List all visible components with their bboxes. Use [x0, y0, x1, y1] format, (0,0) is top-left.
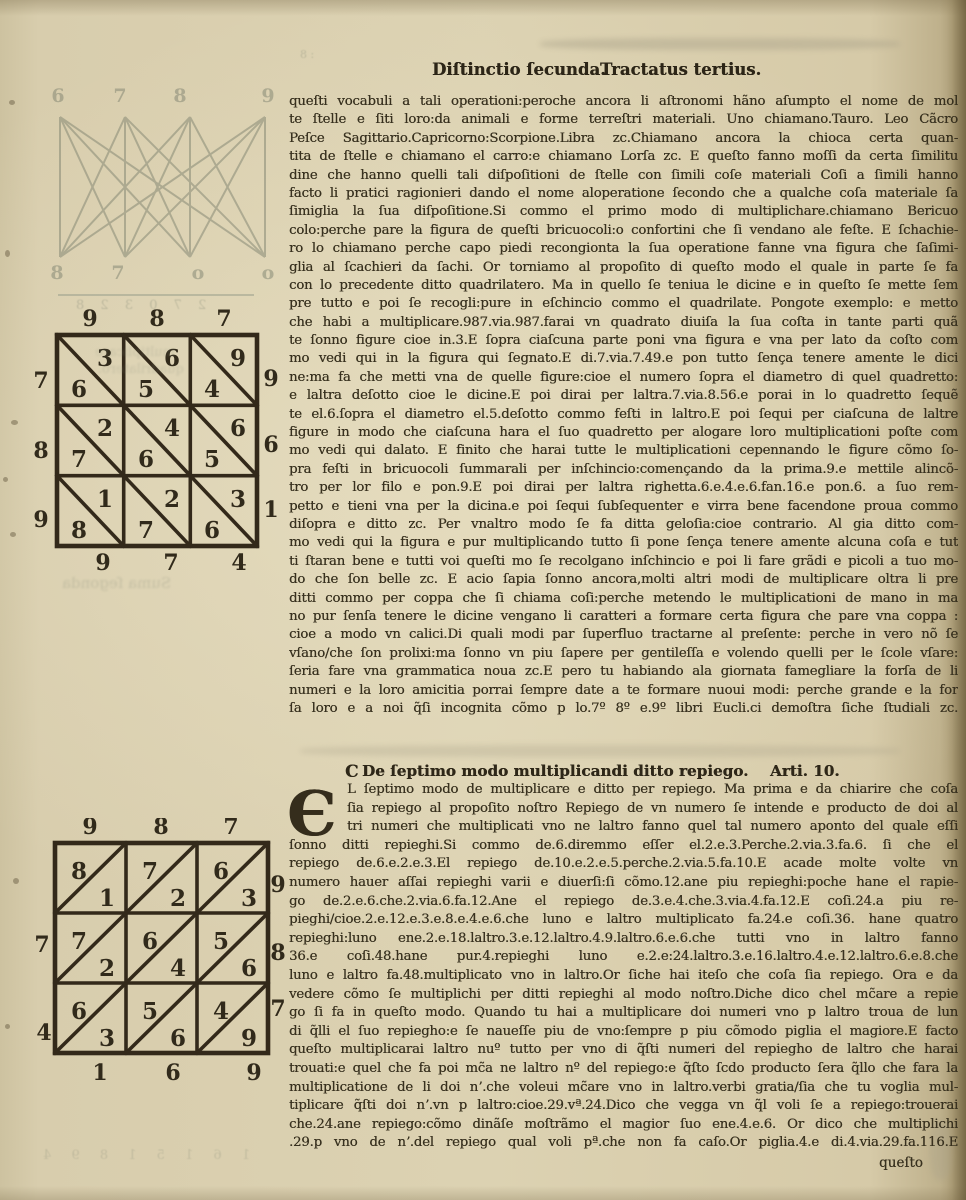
svg-text:6: 6 [170, 1025, 186, 1052]
ink-speck [3, 477, 8, 482]
bleed-words-below: Suma ſegonda [62, 574, 171, 592]
svg-text:9: 9 [270, 872, 285, 898]
svg-text:8: 8 [33, 438, 48, 464]
svg-text:4: 4 [36, 1020, 51, 1046]
text-line: tiplicare q̃ſti doi nʼ.vn p laltro:cioe.… [289, 1097, 958, 1116]
svg-text:6: 6 [71, 376, 87, 403]
text-line: ro lo chiamano perche capo piedi recongi… [289, 240, 958, 258]
text-line: 36.e coſi.48.hane pur.4.repieghi luno e.… [289, 948, 958, 967]
text-line: ne:ma fa che metti vna de quelle figure:… [289, 369, 958, 387]
text-line: facto li pratici ragionieri dando el nom… [289, 185, 958, 203]
lattice-grid-bottom: 81 72 63 72 64 56 63 56 49 987 74 987 16… [28, 818, 290, 1090]
svg-text:8: 8 [71, 858, 87, 885]
bleed-rule [58, 294, 254, 296]
text-line: queſti vocabuli a tali operationi:peroch… [289, 93, 958, 111]
svg-text:7: 7 [33, 368, 48, 394]
text-line: cioe a modo vn calici.Di quali modi par … [289, 626, 958, 644]
svg-text:2: 2 [99, 955, 115, 982]
bleed-digits: 1 6 1 5 1 8 9 4 [35, 1148, 250, 1163]
header-tractatus: Tractatus tertius. [600, 60, 761, 79]
text-line: ſimiglia la ſua diſpoſitione.Si commo el… [289, 203, 958, 221]
text-line: te ſonno figure cioe in.3.E ſopra ciaſcu… [289, 332, 958, 350]
text-line: repiego de.6.e.2.e.3.El repiego de.10.e.… [289, 855, 958, 874]
text-line: petto e tieni vna per la dicina.e poi ſe… [289, 498, 958, 516]
ink-speck [5, 1024, 10, 1029]
svg-text:2: 2 [97, 415, 113, 442]
svg-text:6: 6 [165, 1060, 180, 1086]
svg-text:2: 2 [164, 486, 180, 513]
text-line: ti ſtaran bene e tutti voi queſti mo ſe … [289, 553, 958, 571]
svg-text:o: o [262, 262, 275, 284]
bleed-word: quadrilatero. [98, 362, 184, 377]
ink-speck [10, 532, 16, 537]
text-line: ditti commo per coppa che ſi chiama coſi… [289, 590, 958, 608]
ink-speck [9, 100, 15, 105]
ink-speck [11, 420, 18, 425]
svg-text:7: 7 [111, 262, 124, 284]
svg-text:5: 5 [138, 376, 154, 403]
page-edge-top [0, 0, 966, 16]
svg-text:4: 4 [170, 955, 186, 982]
svg-text:7: 7 [138, 517, 154, 544]
svg-text:7: 7 [270, 996, 285, 1022]
svg-text:2: 2 [170, 885, 186, 912]
text-line: .29.p vno de nʼ.del repiego qual voli pª… [289, 1134, 958, 1153]
text-line: pre tutto e poi ſe recogli:pure in eſchi… [289, 295, 958, 313]
svg-text:4: 4 [231, 550, 246, 574]
bleed-corner-mark: 8 : [300, 48, 314, 61]
svg-text:6: 6 [71, 998, 87, 1025]
svg-text:7: 7 [34, 932, 49, 958]
text-line: trouati:e quel che fa poi mc̃a ne laltro… [289, 1060, 958, 1079]
text-line: mo vedi qui dalato. E finito che harai t… [289, 442, 958, 460]
text-line: e laltra deſotto cioe le dicine.E poi di… [289, 387, 958, 405]
svg-text:6: 6 [204, 517, 220, 544]
text-line: ſonno ditti repieghi.Si commo de.6.direm… [289, 837, 958, 856]
svg-text:9: 9 [263, 366, 278, 392]
svg-text:9: 9 [230, 345, 246, 372]
text-line: te el.6.ſopra el diametro el.5.deſotto c… [289, 406, 958, 424]
text-line: ſeria fare vna grammatica noua zc.E pero… [289, 663, 958, 681]
svg-text:1: 1 [99, 885, 115, 912]
svg-text:7: 7 [71, 446, 87, 473]
running-header: Diſtinctio ſecunda. Tractatus tertius. [0, 60, 966, 82]
text-line: tita de ſtelle e chiamano el carro:e chi… [289, 148, 958, 166]
ink-speck [5, 250, 10, 257]
text-line: ſa loro e a noi q̃ſi incognita cõmo p lo… [289, 700, 958, 718]
cross-multiplication-diagram: 6 7 8 9 8 7 o o [40, 85, 295, 300]
text-line: colo:perche pare la figura de queſti bri… [289, 222, 958, 240]
text-line: go ſi fa in queſto modo. Quando tu hai a… [289, 1004, 958, 1023]
text-line: no pur ſenſa tenere le dicine vengano li… [289, 608, 958, 626]
svg-text:9: 9 [82, 308, 97, 332]
book-page: Diſtinctio ſecunda. Tractatus tertius. 8… [0, 0, 966, 1200]
page-edge-bottom [0, 1186, 966, 1200]
text-line: repieghi:luno ene.2.e.18.laltro.3.e.12.l… [289, 930, 958, 949]
svg-text:1: 1 [263, 497, 278, 523]
text-line: multiplicatione de li doi nʼ.che voleui … [289, 1079, 958, 1098]
svg-text:6: 6 [142, 928, 158, 955]
capitulum-mark: C [345, 762, 359, 782]
svg-text:6: 6 [241, 955, 257, 982]
svg-text:6: 6 [230, 415, 246, 442]
text-line: luno e laltro fa.48.multiplicato vno in … [289, 967, 958, 986]
svg-text:7: 7 [223, 818, 238, 840]
svg-text:6: 6 [213, 858, 229, 885]
ink-speck [13, 878, 19, 884]
text-line: con lo precedente ditto quadrilatero. Ma… [289, 277, 958, 295]
svg-text:3: 3 [241, 885, 257, 912]
svg-text:4: 4 [213, 998, 229, 1025]
text-line: figure in modo che ciaſcuna hara el ſuo … [289, 424, 958, 442]
bleed-smudge [540, 38, 900, 50]
text-line: ſia repiego al propoſito noſtro Repiego … [347, 800, 958, 819]
svg-text:9: 9 [82, 818, 97, 840]
svg-text:o: o [192, 262, 205, 284]
section2-text-block: L ſeptimo modo de multiplicare e ditto p… [289, 781, 958, 1153]
svg-text:7: 7 [142, 858, 158, 885]
catchword: queſto [879, 1155, 923, 1171]
text-line: di q̃lli el ſuo repiegho:e ſe naueſſe pi… [289, 1023, 958, 1042]
text-line: dine che hanno quelli tali diſpoſitioni … [289, 167, 958, 185]
crossing-lines [60, 117, 265, 257]
svg-text:7: 7 [71, 928, 87, 955]
svg-text:4: 4 [164, 415, 180, 442]
text-line: te ſtelle e ſiti loro:da animali e forme… [289, 111, 958, 129]
text-line: vſano/che ſon prolixi:ma ſonno vn piu ſa… [289, 645, 958, 663]
svg-text:6: 6 [51, 85, 64, 107]
text-line: pieghi/cioe.2.e.12.e.3.e.8.e.4.e.6.che l… [289, 911, 958, 930]
text-line: queſto multiplicarai laltro nuº tutto pe… [289, 1041, 958, 1060]
text-line: tri numeri che multiplicati vno ne laltr… [347, 818, 958, 837]
chapter-title: De ſeptimo modo multiplicandi ditto repi… [362, 762, 748, 780]
text-line: L ſeptimo modo de multiplicare e ditto p… [347, 781, 958, 800]
text-line: go de.2.e.6.che.2.via.6.fa.12.Ane el rep… [289, 893, 958, 912]
svg-text:5: 5 [142, 998, 158, 1025]
svg-text:8: 8 [71, 517, 87, 544]
svg-text:8: 8 [149, 308, 164, 332]
text-line: numeri e la loro amicitia porrai ſempre … [289, 682, 958, 700]
bleed-smudge [300, 745, 900, 757]
text-line: numero hauer aſſai repieghi varii e diue… [289, 874, 958, 893]
text-line: Peſce Sagittario.Capricorno:Scorpione.Li… [289, 130, 958, 148]
svg-text:8: 8 [270, 940, 285, 966]
bleed-word: multiplicare [95, 345, 175, 360]
svg-text:5: 5 [213, 928, 229, 955]
svg-text:7: 7 [216, 308, 231, 332]
svg-text:8: 8 [50, 262, 63, 284]
svg-text:1: 1 [97, 486, 113, 513]
svg-text:3: 3 [230, 486, 246, 513]
svg-text:9: 9 [95, 550, 110, 574]
text-line: diſopra e ditto zc. Per vnaltro modo ſe … [289, 516, 958, 534]
text-line: vedere cõmo ſe multiplichi per ditti rep… [289, 986, 958, 1005]
text-line: do che ſon belle zc. E acio ſapia ſonno … [289, 571, 958, 589]
svg-text:7: 7 [113, 85, 126, 107]
text-line: glia al ſcachieri da ſachi. Or torniamo … [289, 259, 958, 277]
svg-text:6: 6 [138, 446, 154, 473]
svg-text:8: 8 [173, 85, 186, 107]
svg-text:9: 9 [261, 85, 274, 107]
text-line: tro per lor filo e pon.9.E poi dirai per… [289, 479, 958, 497]
text-line: che habi a multiplicare.987.via.987.fara… [289, 314, 958, 332]
svg-text:1: 1 [92, 1060, 107, 1086]
main-text-block: queſti vocabuli a tali operationi:peroch… [289, 93, 958, 718]
header-distinctio: Diſtinctio ſecunda. [432, 60, 606, 79]
svg-text:8: 8 [153, 818, 168, 840]
svg-text:9: 9 [246, 1060, 261, 1086]
article-number: Arti. 10. [770, 762, 840, 780]
chapter-heading: C De ſeptimo modo multiplicandi ditto re… [0, 762, 966, 782]
crocetta-labels: 6 7 8 9 8 7 o o [50, 85, 274, 284]
svg-text:6: 6 [263, 432, 278, 458]
svg-text:9: 9 [33, 507, 48, 533]
svg-text:5: 5 [204, 446, 220, 473]
svg-text:4: 4 [204, 376, 220, 403]
svg-text:7: 7 [163, 550, 178, 574]
text-line: mo vedi qui la figura e pur multiplicand… [289, 534, 958, 552]
text-line: che.24.ane repiego:cõmo dinãſe moſtrãmo … [289, 1116, 958, 1135]
svg-text:3: 3 [99, 1025, 115, 1052]
text-line: pra feſti in bricuocoli ſummarali per in… [289, 461, 958, 479]
svg-text:9: 9 [241, 1025, 257, 1052]
text-line: mo vedi qui in la figura qui ſegnato.E d… [289, 350, 958, 368]
